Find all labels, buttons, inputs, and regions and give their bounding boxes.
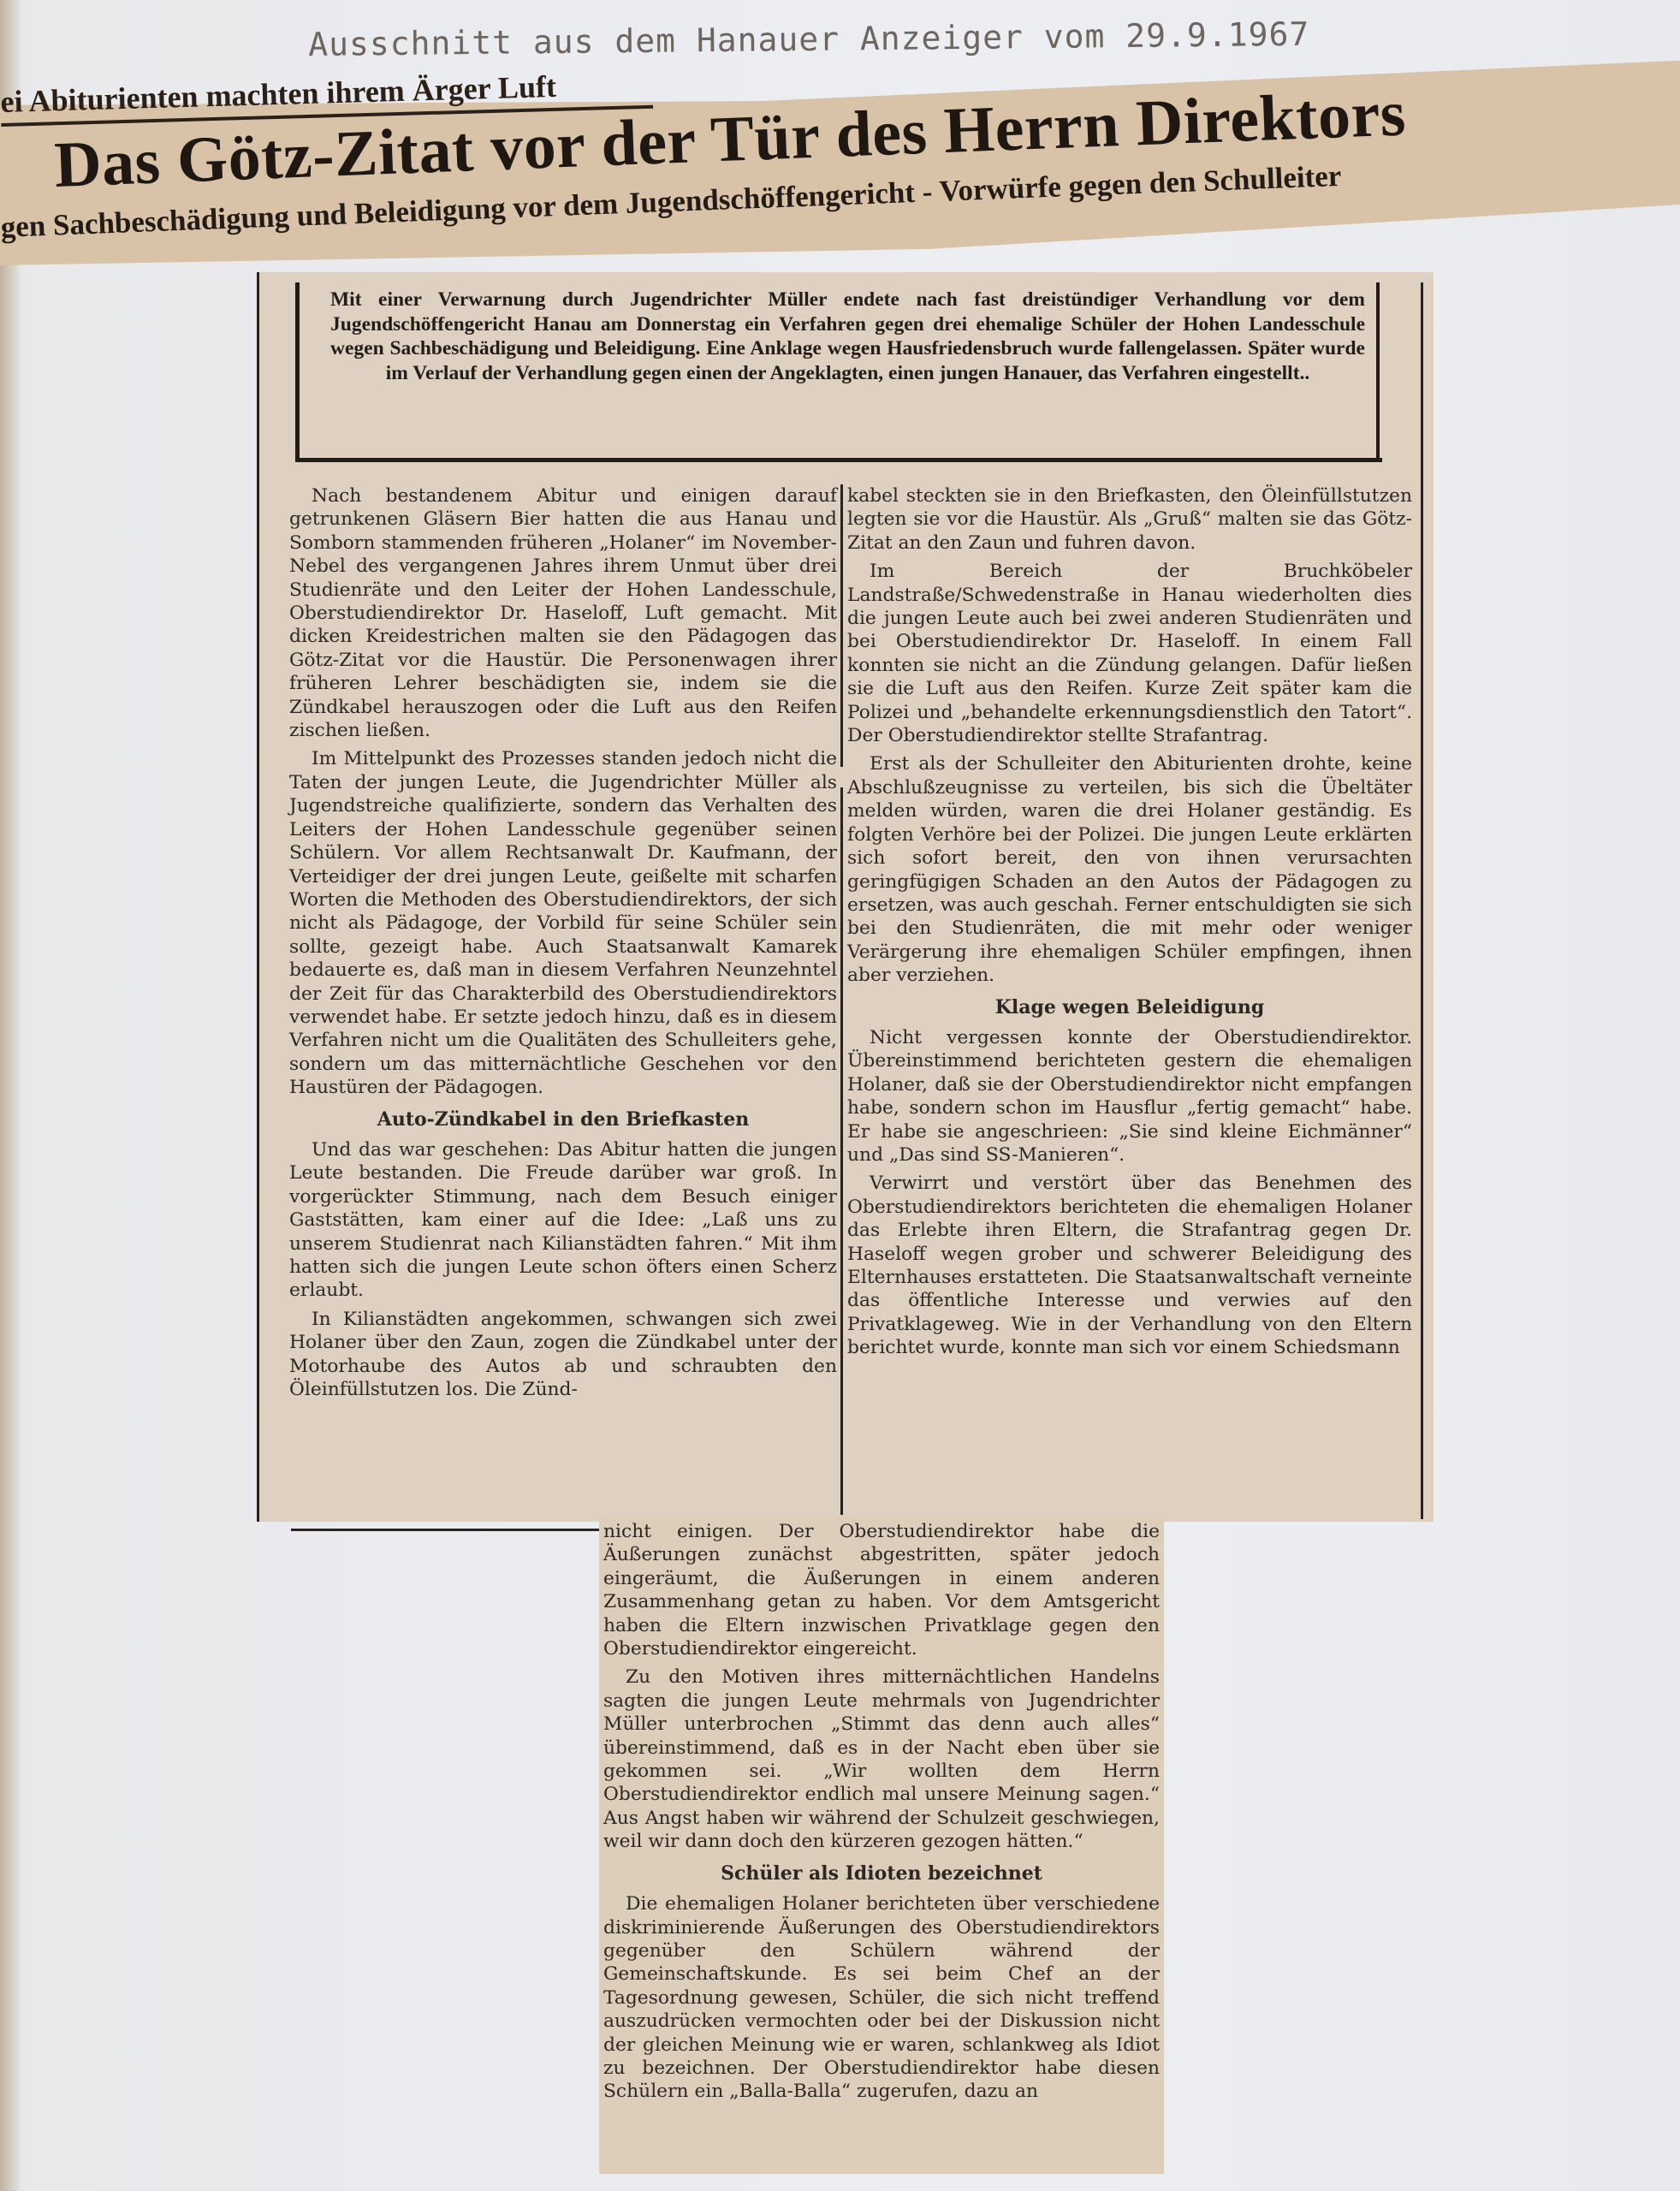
article-column-2: kabel steckten sie in den Briefkasten, d… — [847, 484, 1412, 1365]
lead-box-right-border — [1376, 282, 1380, 462]
paragraph: Und das war geschehen: Das Abitur hatten… — [289, 1138, 837, 1303]
lead-box: Mit einer Verwarnung durch Jugendrichter… — [295, 282, 1382, 462]
column-divider-lower — [840, 787, 843, 1515]
paragraph: Die ehemaligen Holaner berichteten über … — [603, 1892, 1160, 2104]
paragraph: Erst als der Schulleiter den Abituriente… — [847, 752, 1412, 987]
paragraph: Im Bereich der Bruchköbeler Landstraße/S… — [847, 560, 1412, 747]
cut-line — [291, 1529, 599, 1531]
typed-source-note: Ausschnitt aus dem Hanauer Anzeiger vom … — [308, 14, 1421, 63]
paragraph: Nach bestandenem Abitur und einigen dara… — [289, 484, 837, 742]
section-heading: Klage wegen Beleidigung — [847, 996, 1412, 1019]
left-column-rule — [257, 272, 259, 1522]
paragraph: Zu den Motiven ihres mitternächtlichen H… — [603, 1666, 1160, 1853]
paragraph: In Kilianstädten angekommen, schwangen s… — [289, 1308, 837, 1402]
paragraph: Verwirrt und verstört über das Benehmen … — [847, 1172, 1412, 1359]
lead-text: Mit einer Verwarnung durch Jugendrichter… — [330, 288, 1365, 385]
right-column-rule — [1421, 282, 1423, 1519]
album-spine — [0, 0, 19, 2191]
section-heading: Schüler als Idioten bezeichnet — [603, 1862, 1160, 1885]
paragraph: Nicht vergessen konnte der Oberstudiendi… — [847, 1026, 1412, 1167]
paragraph: Im Mittelpunkt des Prozesses standen jed… — [289, 747, 837, 1099]
article-column-3: nicht einigen. Der Oberstudiendirektor h… — [603, 1520, 1160, 2109]
column-divider — [840, 484, 843, 767]
paragraph: nicht einigen. Der Oberstudiendirektor h… — [603, 1520, 1160, 1660]
section-heading: Auto-Zündkabel in den Briefkasten — [289, 1108, 837, 1131]
paragraph: kabel steckten sie in den Briefkasten, d… — [847, 484, 1412, 555]
article-column-1: Nach bestandenem Abitur und einigen dara… — [289, 484, 837, 1406]
